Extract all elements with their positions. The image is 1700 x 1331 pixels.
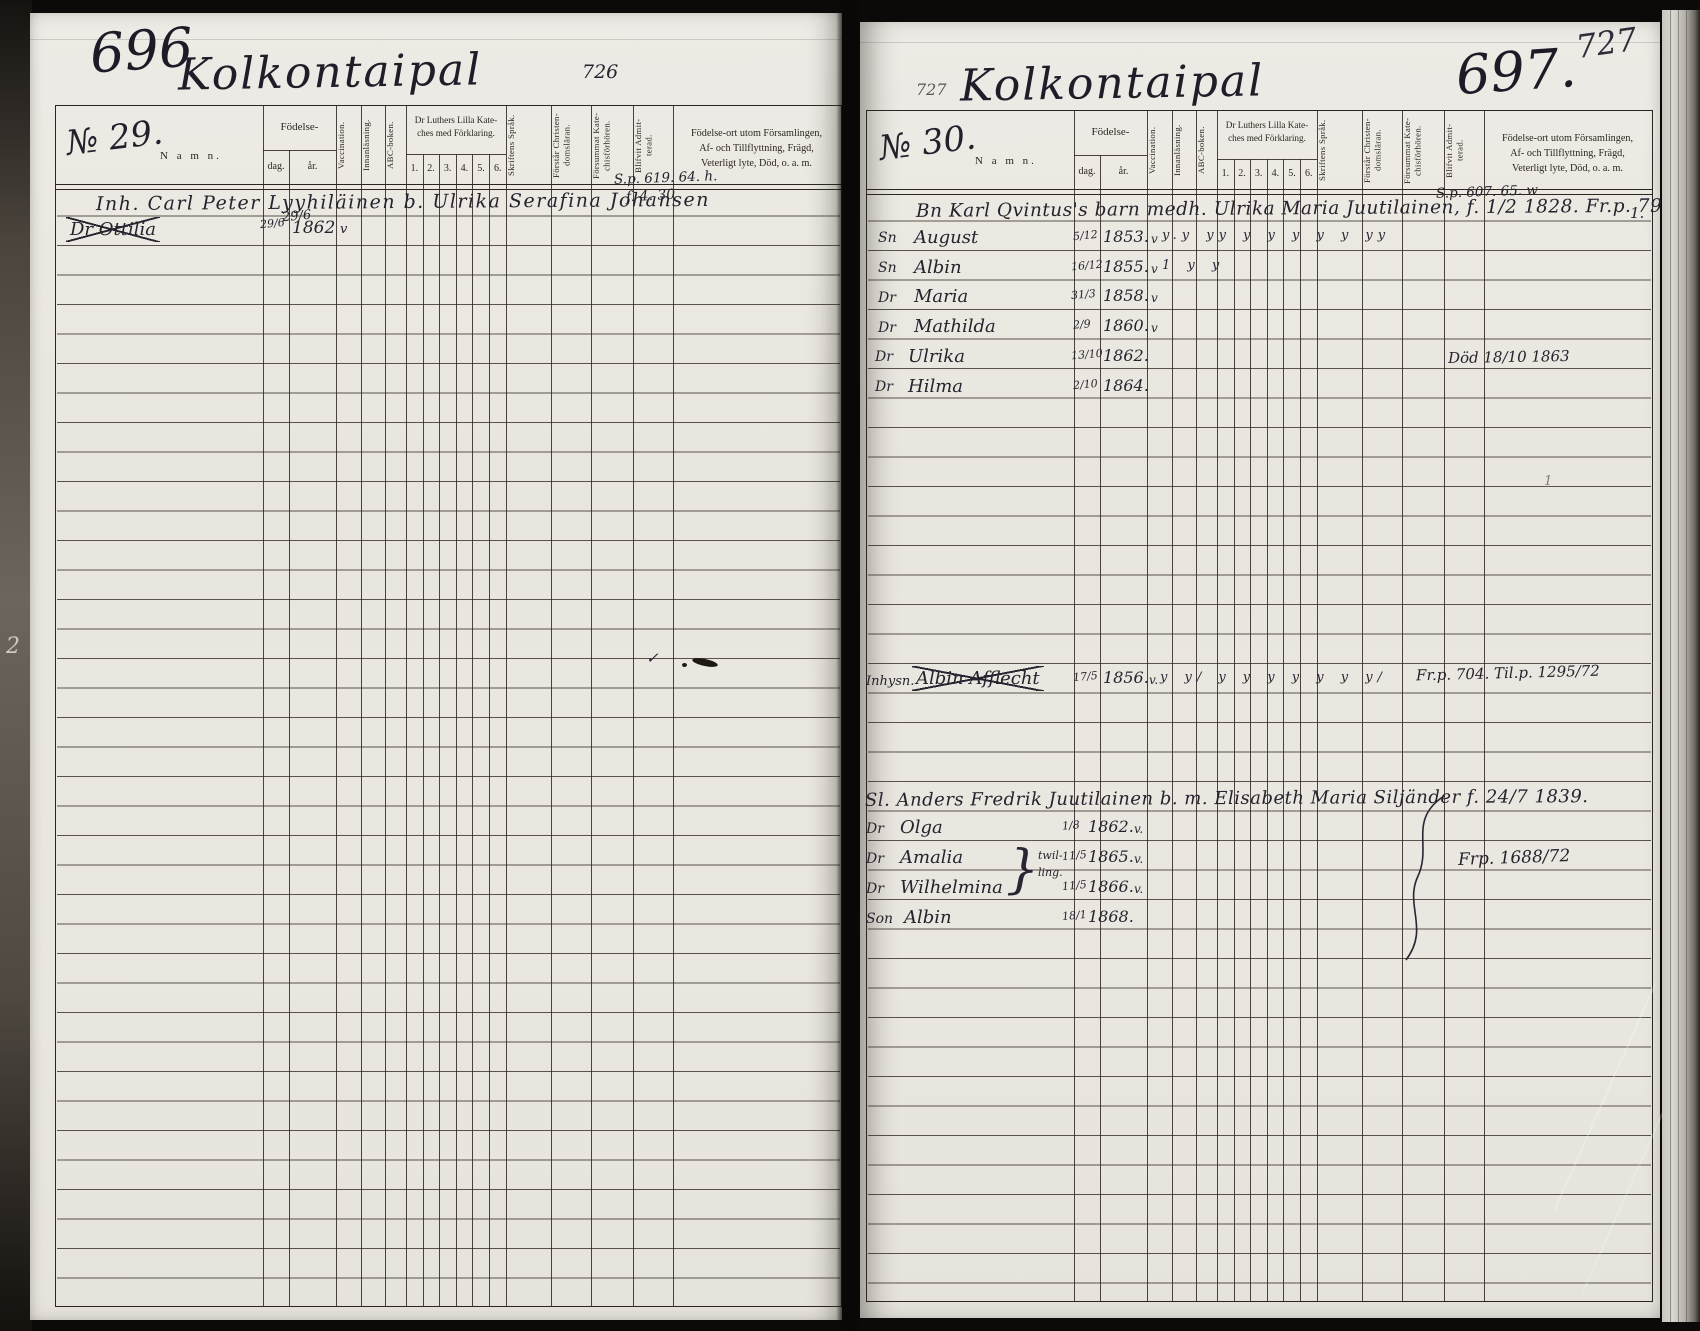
child-vaccination: v	[1151, 291, 1158, 305]
right-page-heading: Kolkontaipal	[960, 55, 1265, 111]
child-birth-day: 31/3	[1070, 287, 1096, 302]
child-name: Ulrika	[908, 346, 965, 367]
catechism-header-line2: ches med Förklaring.	[1217, 133, 1317, 143]
catechism-marks: 1 y y	[1162, 258, 1224, 273]
left-table: № 29. N a m n. Födelse- dag. år. Vaccina…	[55, 105, 842, 1307]
right-folio-corner: 727	[1574, 20, 1640, 66]
child-birth-year: 1855.	[1103, 257, 1149, 276]
birth-day-header: dag.	[263, 161, 289, 172]
grade-header: 5.	[473, 163, 490, 174]
right-table: № 30. N a m n. Födelse- dag. år. Vaccina…	[866, 110, 1653, 1302]
child-prefix: Dr	[875, 379, 893, 395]
page-stack-edge	[1662, 10, 1700, 1322]
catechism-header-line1: Dr Luthers Lilla Kate-	[406, 115, 506, 125]
understands-header: Förstår Christen- domsläran.	[551, 109, 591, 182]
twins-bracket: }	[1006, 840, 1039, 900]
grade-header: 1.	[1217, 168, 1234, 179]
child-birth-year: 1864.	[1103, 376, 1149, 395]
child-vaccination: v	[1151, 262, 1158, 276]
child-name: Amalia	[900, 847, 963, 868]
child-prefix: Dr	[866, 851, 884, 867]
child-prefix: Son	[866, 911, 893, 927]
grade-header: 1.	[406, 163, 423, 174]
right-page: 727 697. 727 Kolkontaipal № 30	[860, 22, 1660, 1318]
child-vaccination: v.	[1134, 852, 1143, 866]
child-birth-day: 5/12	[1072, 228, 1098, 243]
twins-label: twil- ling.	[1038, 848, 1068, 881]
birth-year-header: år.	[289, 161, 336, 172]
vaccination-header: Vaccination.	[1147, 114, 1172, 187]
child-prefix: Dr	[866, 821, 884, 837]
grade-header: 3.	[1250, 168, 1267, 179]
admitted-header: Blifvit Admit- terad.	[1444, 114, 1484, 187]
grade-header: 2.	[423, 163, 440, 174]
child-vaccination: v.	[1134, 822, 1143, 836]
stack-edge-line	[1670, 10, 1671, 1322]
child-birth-day: 16/12	[1070, 258, 1103, 274]
notes-header-line1: Födelse-ort utom Församlingen,	[1484, 132, 1651, 147]
right-record-number: № 30.	[877, 117, 978, 169]
child-prefix: Dr	[875, 349, 893, 365]
child-birth-year: 1860.	[1103, 316, 1149, 335]
lodger-vaccination: v.	[1149, 673, 1158, 687]
birth-group-header: Födelse-	[263, 121, 336, 133]
catechism-grade-headers: 1. 2. 3. 4. 5. 6.	[406, 163, 506, 174]
left-page: 696 Kolkontaipal 726	[30, 13, 842, 1320]
child-name: Maria	[914, 286, 968, 307]
name-column-header: N a m n.	[160, 150, 222, 162]
stack-edge-line	[1678, 10, 1679, 1322]
child-prefix: Sn	[878, 230, 897, 246]
header-divider	[406, 154, 506, 155]
right-page-number: 697.	[1454, 36, 1578, 107]
vaccination-header: Vaccination.	[336, 109, 361, 182]
notes-header-line2: Af- och Tillflyttning, Frägd,	[1484, 147, 1651, 162]
left-record-number: № 29.	[64, 112, 165, 164]
lodger-prefix: Inhysn.	[866, 674, 914, 689]
margin-brace	[1380, 794, 1460, 964]
catechism-marks: y.y yy y y y y y yy	[1162, 228, 1390, 243]
stray-margin-mark: 1	[1544, 474, 1552, 489]
family1-margin-note: 1.	[1630, 204, 1644, 222]
child-prefix: Dr	[878, 320, 896, 336]
grade-header: 4.	[456, 163, 473, 174]
death-note: Död 18/10 1863	[1448, 347, 1570, 367]
child-vaccination: v	[1151, 232, 1158, 246]
register-book-spread: 2 696 Kolkontaipal 726	[0, 0, 1700, 1331]
child-birth-year: 1858.	[1103, 286, 1149, 305]
ink-smudge-dot	[682, 663, 687, 667]
birth-group-header: Födelse-	[1074, 126, 1147, 138]
notes-header-line2: Af- och Tillflyttning, Frägd,	[673, 142, 840, 157]
abc-book-header: ABC-boken.	[1196, 114, 1217, 187]
scripture-language-header: Skriftens Språk.	[1317, 114, 1362, 187]
scripture-language-header: Skriftens Språk.	[506, 109, 551, 182]
ruled-rows	[57, 187, 840, 1305]
grade-header: 3.	[439, 163, 456, 174]
left-row1-birth-year: 1862	[292, 218, 335, 238]
lodger-name: Albin Afflecht	[916, 668, 1040, 689]
child-birth-day: 18/1	[1061, 908, 1087, 923]
child-birth-year: 1862.	[1103, 346, 1149, 365]
name-column-header: N a m n.	[975, 155, 1037, 167]
grade-header: 5.	[1284, 168, 1301, 179]
child-birth-day: 2/9	[1072, 317, 1091, 331]
family2-ref-note: Frp. 1688/72	[1458, 846, 1571, 870]
child-prefix: Sn	[878, 260, 897, 276]
child-prefix: Dr	[866, 881, 884, 897]
lodger-birth-day: 17/5	[1072, 669, 1098, 684]
grade-header: 6.	[489, 163, 506, 174]
catechism-marks: y y/ y y y y y y y/	[1160, 670, 1387, 685]
child-birth-year: 1868.	[1088, 907, 1134, 926]
grade-header: 6.	[1300, 168, 1317, 179]
family2-header-line: Sl. Anders Fredrik Juutilainen b. m. Eli…	[865, 786, 1589, 811]
left-page-heading: Kolkontaipal	[178, 44, 483, 100]
header-divider	[1217, 159, 1317, 160]
child-name: Albin	[904, 907, 952, 928]
header-divider	[1074, 155, 1147, 156]
left-family-line: Inh. Carl Peter Lyyhiläinen b. Ulrika Se…	[96, 189, 710, 215]
grade-header: 2.	[1234, 168, 1251, 179]
child-name: Mathilda	[914, 316, 996, 337]
child-prefix: Dr	[878, 290, 896, 306]
child-birth-day: 13/10	[1070, 347, 1103, 363]
child-vaccination: v.	[1134, 882, 1143, 896]
reading-header: Innanläsning.	[361, 109, 385, 182]
notes-header-line1: Födelse-ort utom Församlingen,	[673, 127, 840, 142]
birth-year-header: år.	[1100, 166, 1147, 177]
child-name: Albin	[914, 257, 962, 278]
catechism-grade-headers: 1. 2. 3. 4. 5. 6.	[1217, 168, 1317, 179]
abc-book-header: ABC-boken.	[385, 109, 406, 182]
child-name: Wilhelmina	[900, 877, 1003, 898]
child-birth-year: 1853.	[1103, 227, 1149, 246]
catechism-header-line1: Dr Luthers Lilla Kate-	[1217, 120, 1317, 130]
header-divider	[263, 150, 336, 151]
book-left-edge	[0, 0, 32, 1331]
child-birth-day: 1/8	[1061, 818, 1080, 832]
catechism-header-line2: ches med Förklaring.	[406, 128, 506, 138]
left-folio-number: 726	[582, 61, 618, 83]
birth-day-header: dag.	[1074, 166, 1100, 177]
child-name: Hilma	[908, 376, 963, 397]
grade-header: 4.	[1267, 168, 1284, 179]
missed-catechism-header: Försummat Kate- chisförhören.	[1402, 114, 1444, 187]
child-birth-day: 2/10	[1072, 377, 1098, 392]
left-row1-name: Dr Ottilia	[70, 219, 156, 240]
stack-edge-line	[1686, 10, 1687, 1322]
reading-header: Innanläsning.	[1172, 114, 1196, 187]
child-vaccination: v	[1151, 321, 1158, 335]
child-birth-year: 1865.	[1088, 847, 1134, 866]
left-check-mark: ✓	[646, 649, 659, 667]
left-row1-vaccination: v	[340, 222, 347, 237]
child-name: August	[914, 227, 978, 248]
child-name: Olga	[900, 817, 943, 838]
right-folio-small: 727	[916, 80, 947, 99]
left-margin-mark: 2	[6, 634, 20, 659]
child-birth-year: 1862.	[1088, 817, 1134, 836]
lodger-birth-year: 1856.	[1103, 668, 1149, 687]
child-birth-year: 1866.	[1088, 877, 1134, 896]
understands-header: Förstår Christen- domsläran.	[1362, 114, 1402, 187]
notes-header-line3: Veterligt lyte, Död, o. a. m.	[1484, 162, 1651, 177]
